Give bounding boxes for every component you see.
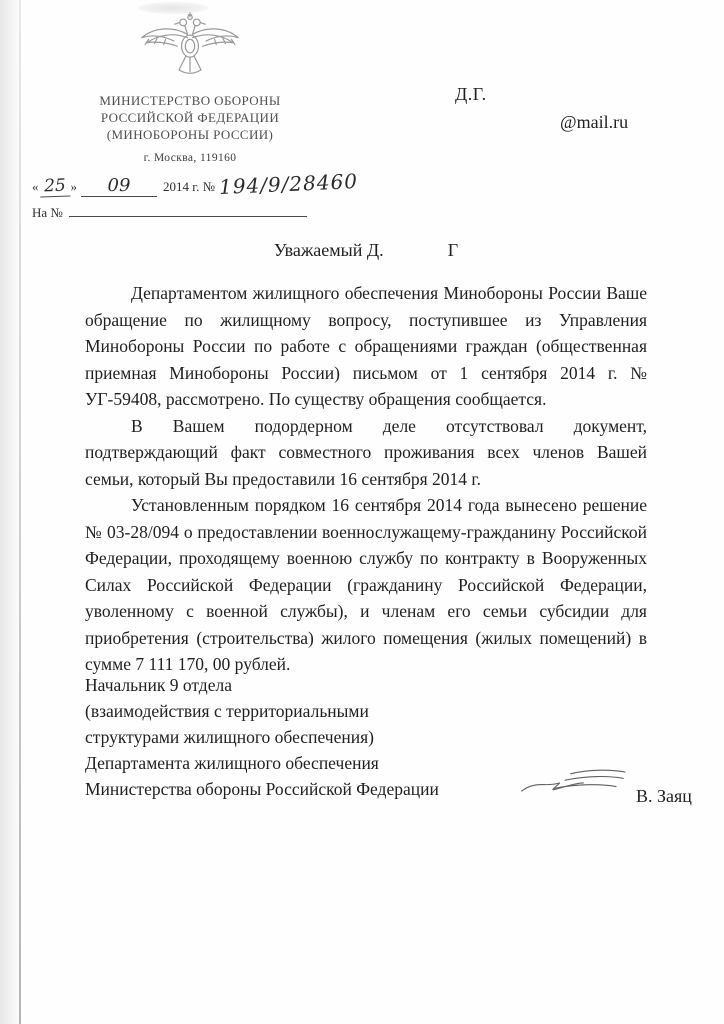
letterhead: МИНИСТЕРСТВО ОБОРОНЫ РОССИЙСКОЙ ФЕДЕРАЦИ… — [70, 8, 310, 143]
scan-edge-band — [0, 0, 19, 1024]
org-name-line-3: (МИНОБОРОНЫ РОССИИ) — [70, 126, 310, 143]
body-paragraph-3: Установленным порядком 16 сентября 2014 … — [85, 492, 647, 678]
handwritten-outgoing-number: 194/9/28460 — [219, 169, 359, 199]
reply-blank-underline — [69, 203, 307, 217]
date-number-label: 2014 г. № — [163, 179, 215, 194]
reply-label: На № — [32, 205, 63, 220]
reference-line: «25»092014 г. №194/9/28460 — [32, 172, 412, 197]
letter-body: Департаментом жилищного обеспечения Мино… — [85, 280, 647, 678]
reply-reference-line: На № — [32, 203, 307, 221]
signature-line-4: Департамента жилищного обеспечения — [85, 750, 505, 776]
handwritten-month: 09 — [81, 175, 157, 197]
city-postal-line: г. Москва, 119160 — [70, 152, 310, 164]
signature-position-block: Начальник 9 отдела (взаимодействия с тер… — [85, 672, 505, 802]
scanned-letter-page: МИНИСТЕРСТВО ОБОРОНЫ РОССИЙСКОЙ ФЕДЕРАЦИ… — [0, 0, 724, 1024]
salutation-left: Уважаемый Д. — [274, 240, 384, 260]
open-quote: « — [32, 179, 39, 194]
recipient-name: Д.Г. — [455, 84, 487, 105]
handwritten-day: 25 — [39, 175, 70, 197]
body-paragraph-1: Департаментом жилищного обеспечения Мино… — [85, 280, 647, 413]
signer-name: В. Заяц — [636, 786, 692, 807]
salutation-right: Г — [448, 240, 458, 260]
recipient-email: @mail.ru — [560, 112, 628, 133]
org-name-line-2: РОССИЙСКОЙ ФЕДЕРАЦИИ — [70, 109, 310, 126]
signature-line-3: структурами жилищного обеспечения) — [85, 724, 505, 750]
double-headed-eagle-icon — [135, 8, 245, 86]
salutation: Уважаемый Д.Г — [85, 240, 647, 261]
signature-line-2: (взаимодействия с территориальными — [85, 698, 505, 724]
scan-edge-line — [19, 0, 21, 1024]
signature-line-1: Начальник 9 отдела — [85, 672, 505, 698]
handwritten-signature-icon — [518, 763, 636, 801]
close-quote: » — [71, 179, 78, 194]
signature-line-5: Министерства обороны Российской Федераци… — [85, 776, 505, 802]
body-paragraph-2: В Вашем подордерном деле отсутствовал до… — [85, 413, 647, 493]
org-name-line-1: МИНИСТЕРСТВО ОБОРОНЫ — [70, 92, 310, 109]
